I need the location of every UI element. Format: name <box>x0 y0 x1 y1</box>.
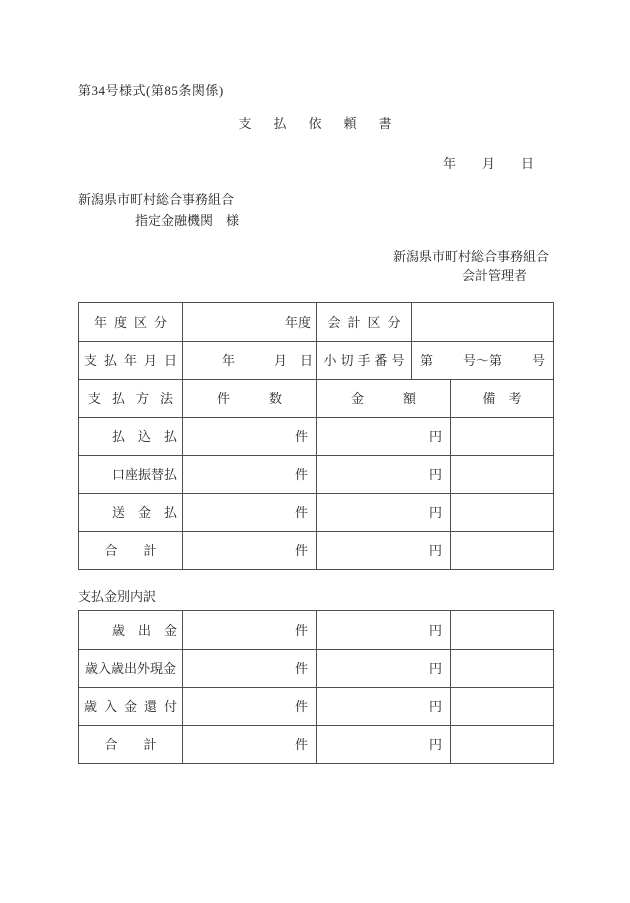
count-unit: 件 <box>295 430 308 443</box>
count-header: 件 数 <box>182 380 316 417</box>
addressee-block: 新潟県市町村総合事務組合 指定金融機関 様 <box>78 193 239 227</box>
row-saishutsu-kin: 歳 出 金 件 円 <box>79 611 553 649</box>
pay-date-field: 年 月 日 <box>182 342 316 379</box>
amount-unit: 円 <box>429 662 442 675</box>
row-sainyu-kin-kanpu: 歳入金還付 件 円 <box>79 687 553 725</box>
amount-unit: 円 <box>429 430 442 443</box>
fiscal-year-suffix: 年度 <box>285 316 311 329</box>
note-field <box>450 418 553 455</box>
sender-role: 会計管理者 <box>462 269 549 282</box>
pay-date-label: 支払年月日 <box>79 342 182 379</box>
row-sokin-barai: 送 金 払 件 円 <box>79 493 553 531</box>
check-number-field: 第 号～第 号 <box>411 342 553 379</box>
count-field: 件 <box>182 726 316 763</box>
row-total: 合 計 件 円 <box>79 531 553 569</box>
amount-unit: 円 <box>429 700 442 713</box>
note-header: 備 考 <box>450 380 553 417</box>
row-sainyu-saishutsu-gai-genkin: 歳入歳出外現金 件 円 <box>79 649 553 687</box>
breakdown-caption: 支払金別内訳 <box>78 590 156 603</box>
fiscal-category-row: 年度区分 年度 会計区分 <box>79 303 553 341</box>
count-unit: 件 <box>295 624 308 637</box>
account-category-label: 会計区分 <box>316 303 411 341</box>
form-number: 第34号様式(第85条関係) <box>78 84 224 97</box>
amount-field: 円 <box>316 650 450 687</box>
amount-field: 円 <box>316 494 450 531</box>
row-label: 歳入歳出外現金 <box>79 650 182 687</box>
row-label: 合 計 <box>79 532 182 569</box>
fiscal-category-label: 年度区分 <box>79 303 182 341</box>
amount-field: 円 <box>316 726 450 763</box>
row-label: 口座振替払 <box>79 456 182 493</box>
count-unit: 件 <box>295 506 308 519</box>
count-field: 件 <box>182 494 316 531</box>
count-field: 件 <box>182 650 316 687</box>
note-field <box>450 688 553 725</box>
method-header-row: 支払方法 件 数 金 額 備 考 <box>79 379 553 417</box>
addressee-org: 新潟県市町村総合事務組合 <box>78 193 239 206</box>
amount-unit: 円 <box>429 738 442 751</box>
amount-header: 金 額 <box>316 380 450 417</box>
note-field <box>450 494 553 531</box>
row-label: 送 金 払 <box>79 494 182 531</box>
count-field: 件 <box>182 456 316 493</box>
payment-request-form-page: 第34号様式(第85条関係) 支払依頼書 年 月 日 新潟県市町村総合事務組合 … <box>0 0 630 903</box>
row-label: 歳入金還付 <box>79 688 182 725</box>
amount-field: 円 <box>316 532 450 569</box>
check-number-label: 小切手番号 <box>316 342 411 379</box>
amount-field: 円 <box>316 456 450 493</box>
count-unit: 件 <box>295 662 308 675</box>
sender-block: 新潟県市町村総合事務組合 会計管理者 <box>393 250 549 282</box>
note-field <box>450 532 553 569</box>
row-label: 歳 出 金 <box>79 611 182 649</box>
date-line: 年 月 日 <box>443 157 534 170</box>
note-field <box>450 456 553 493</box>
amount-field: 円 <box>316 418 450 455</box>
row-haraikomi-barai: 払 込 払 件 円 <box>79 417 553 455</box>
note-field <box>450 650 553 687</box>
addressee-recipient: 指定金融機関 様 <box>135 214 239 227</box>
fiscal-year-field: 年度 <box>182 303 316 341</box>
count-unit: 件 <box>295 738 308 751</box>
amount-unit: 円 <box>429 624 442 637</box>
amount-field: 円 <box>316 688 450 725</box>
pay-date-row: 支払年月日 年 月 日 小切手番号 第 号～第 号 <box>79 341 553 379</box>
count-unit: 件 <box>295 700 308 713</box>
amount-field: 円 <box>316 611 450 649</box>
breakdown-table: 歳 出 金 件 円 歳入歳出外現金 件 円 歳入金還付 <box>78 610 554 764</box>
method-header: 支払方法 <box>79 380 182 417</box>
count-field: 件 <box>182 611 316 649</box>
sender-org: 新潟県市町村総合事務組合 <box>393 250 549 263</box>
count-field: 件 <box>182 418 316 455</box>
count-unit: 件 <box>295 468 308 481</box>
check-number-mid: 号～第 <box>463 354 502 367</box>
amount-unit: 円 <box>429 506 442 519</box>
note-field <box>450 611 553 649</box>
note-field <box>450 726 553 763</box>
count-field: 件 <box>182 532 316 569</box>
amount-unit: 円 <box>429 544 442 557</box>
check-number-from: 第 <box>420 354 433 367</box>
page-title: 支払依頼書 <box>0 117 630 130</box>
account-category-field <box>411 303 553 341</box>
count-field: 件 <box>182 688 316 725</box>
payment-table: 年度区分 年度 会計区分 支払年月日 年 月 日 小切手番号 第 号～第 <box>78 302 554 570</box>
page-title-text: 支払依頼書 <box>238 116 413 131</box>
row-label: 合 計 <box>79 726 182 763</box>
row-koza-furikae-barai: 口座振替払 件 円 <box>79 455 553 493</box>
amount-unit: 円 <box>429 468 442 481</box>
check-number-to: 号 <box>532 354 545 367</box>
row-label: 払 込 払 <box>79 418 182 455</box>
count-unit: 件 <box>295 544 308 557</box>
row-total: 合 計 件 円 <box>79 725 553 763</box>
